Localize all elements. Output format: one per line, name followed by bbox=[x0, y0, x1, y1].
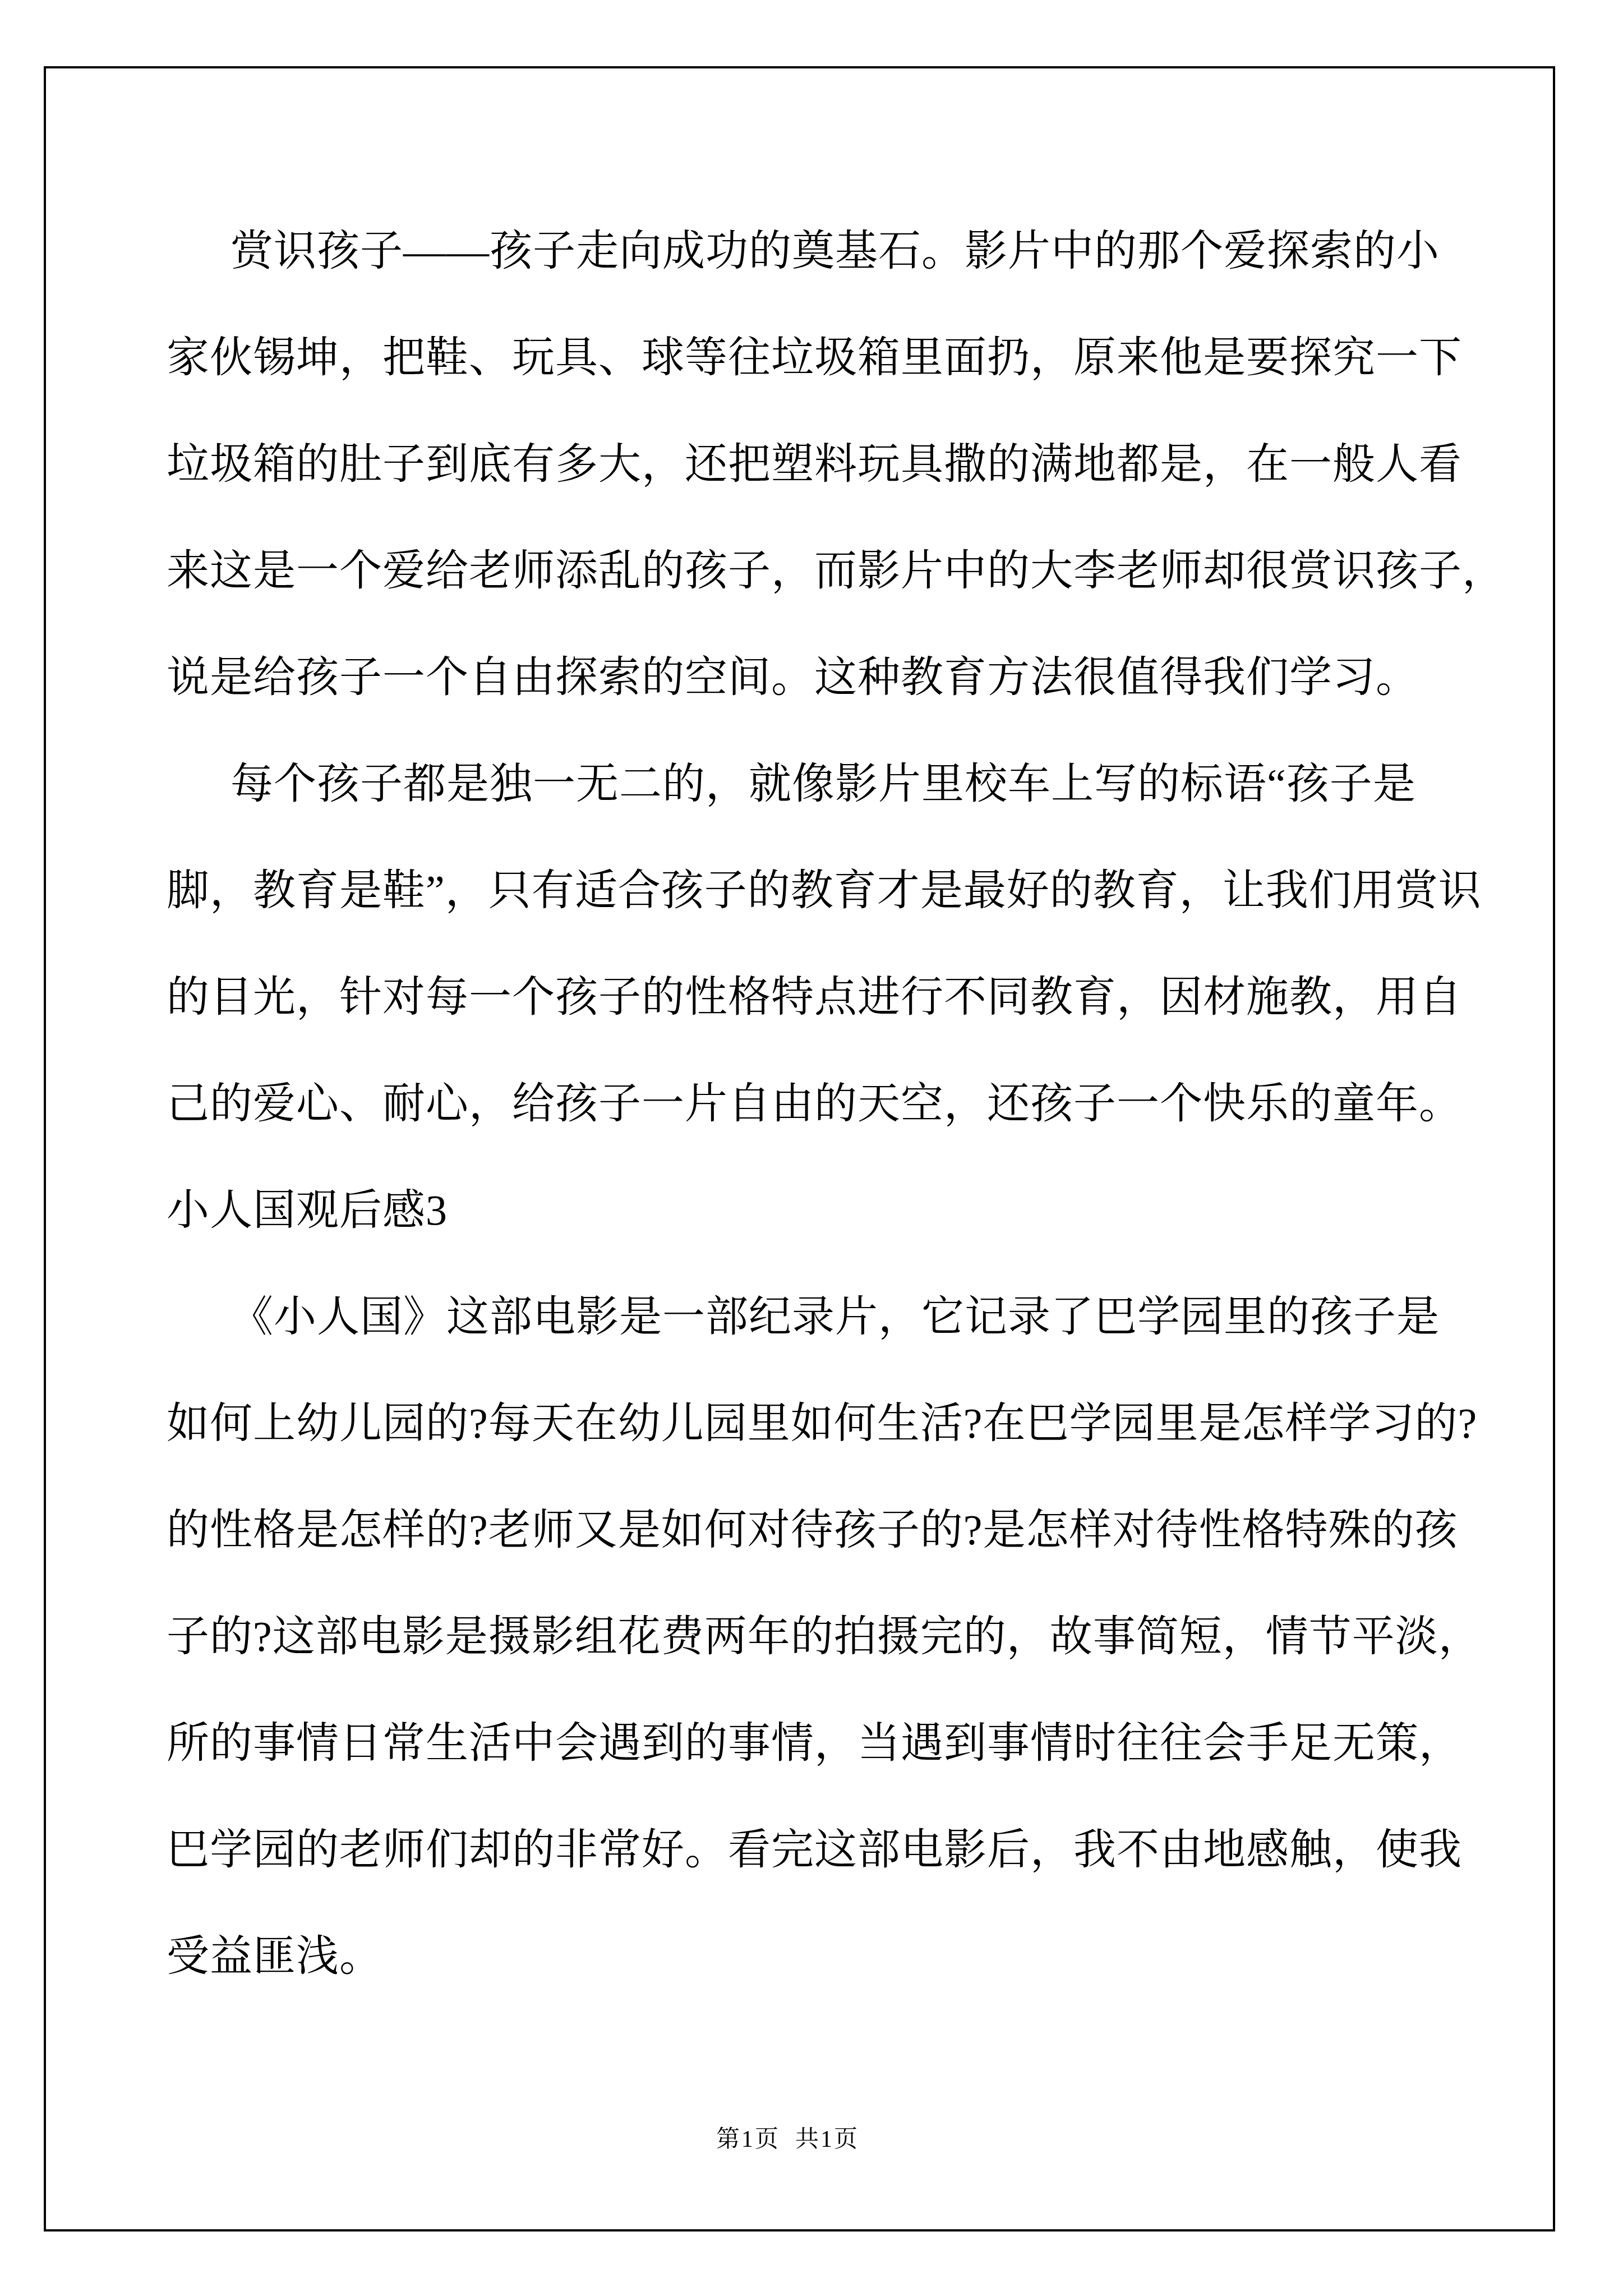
text-line: 的目光，针对每一个孩子的性格特点进行不同教育，因材施教，用自 bbox=[167, 944, 1473, 1051]
text-line: 己的爱心、耐心，给孩子一片自由的天空，还孩子一个快乐的童年。 bbox=[167, 1051, 1473, 1157]
text-line: 受益匪浅。 bbox=[167, 1903, 1473, 2010]
text-line: 《小人国》这部电影是一部纪录片，它记录了巴学园里的孩子是 bbox=[167, 1264, 1473, 1370]
text-line: 所的事情日常生活中会遇到的事情，当遇到事情时往往会手足无策， bbox=[167, 1690, 1473, 1797]
text-line: 如何上幼儿园的?每天在幼儿园里如何生活?在巴学园里是怎样学习的? bbox=[167, 1370, 1473, 1477]
text-line: 赏识孩子——孩子走向成功的奠基石。影片中的那个爱探索的小 bbox=[167, 198, 1473, 305]
text-line: 的性格是怎样的?老师又是如何对待孩子的?是怎样对待性格特殊的孩 bbox=[167, 1477, 1473, 1584]
text-line: 来这是一个爱给老师添乱的孩子，而影片中的大李老师却很赏识孩子， bbox=[167, 518, 1473, 624]
page-footer: 第1页 共1页 bbox=[716, 2122, 859, 2157]
text-line: 说是给孩子一个自由探索的空间。这种教育方法很值得我们学习。 bbox=[167, 624, 1473, 731]
text-line: 小人国观后感3 bbox=[167, 1157, 1473, 1264]
text-area: 赏识孩子——孩子走向成功的奠基石。影片中的那个爱探索的小家伙锡坤，把鞋、玩具、球… bbox=[167, 198, 1473, 2010]
document-page: 赏识孩子——孩子走向成功的奠基石。影片中的那个爱探索的小家伙锡坤，把鞋、玩具、球… bbox=[0, 0, 1623, 2296]
text-line: 脚，教育是鞋”，只有适合孩子的教育才是最好的教育，让我们用赏识 bbox=[167, 838, 1473, 944]
text-line: 子的?这部电影是摄影组花费两年的拍摄完的，故事简短，情节平淡， bbox=[167, 1584, 1473, 1690]
text-line: 每个孩子都是独一无二的，就像影片里校车上写的标语“孩子是 bbox=[167, 731, 1473, 838]
text-line: 垃圾箱的肚子到底有多大，还把塑料玩具撒的满地都是，在一般人看 bbox=[167, 411, 1473, 518]
text-line: 巴学园的老师们却的非常好。看完这部电影后，我不由地感触，使我 bbox=[167, 1797, 1473, 1903]
text-line: 家伙锡坤，把鞋、玩具、球等往垃圾箱里面扔，原来他是要探究一下 bbox=[167, 305, 1473, 411]
